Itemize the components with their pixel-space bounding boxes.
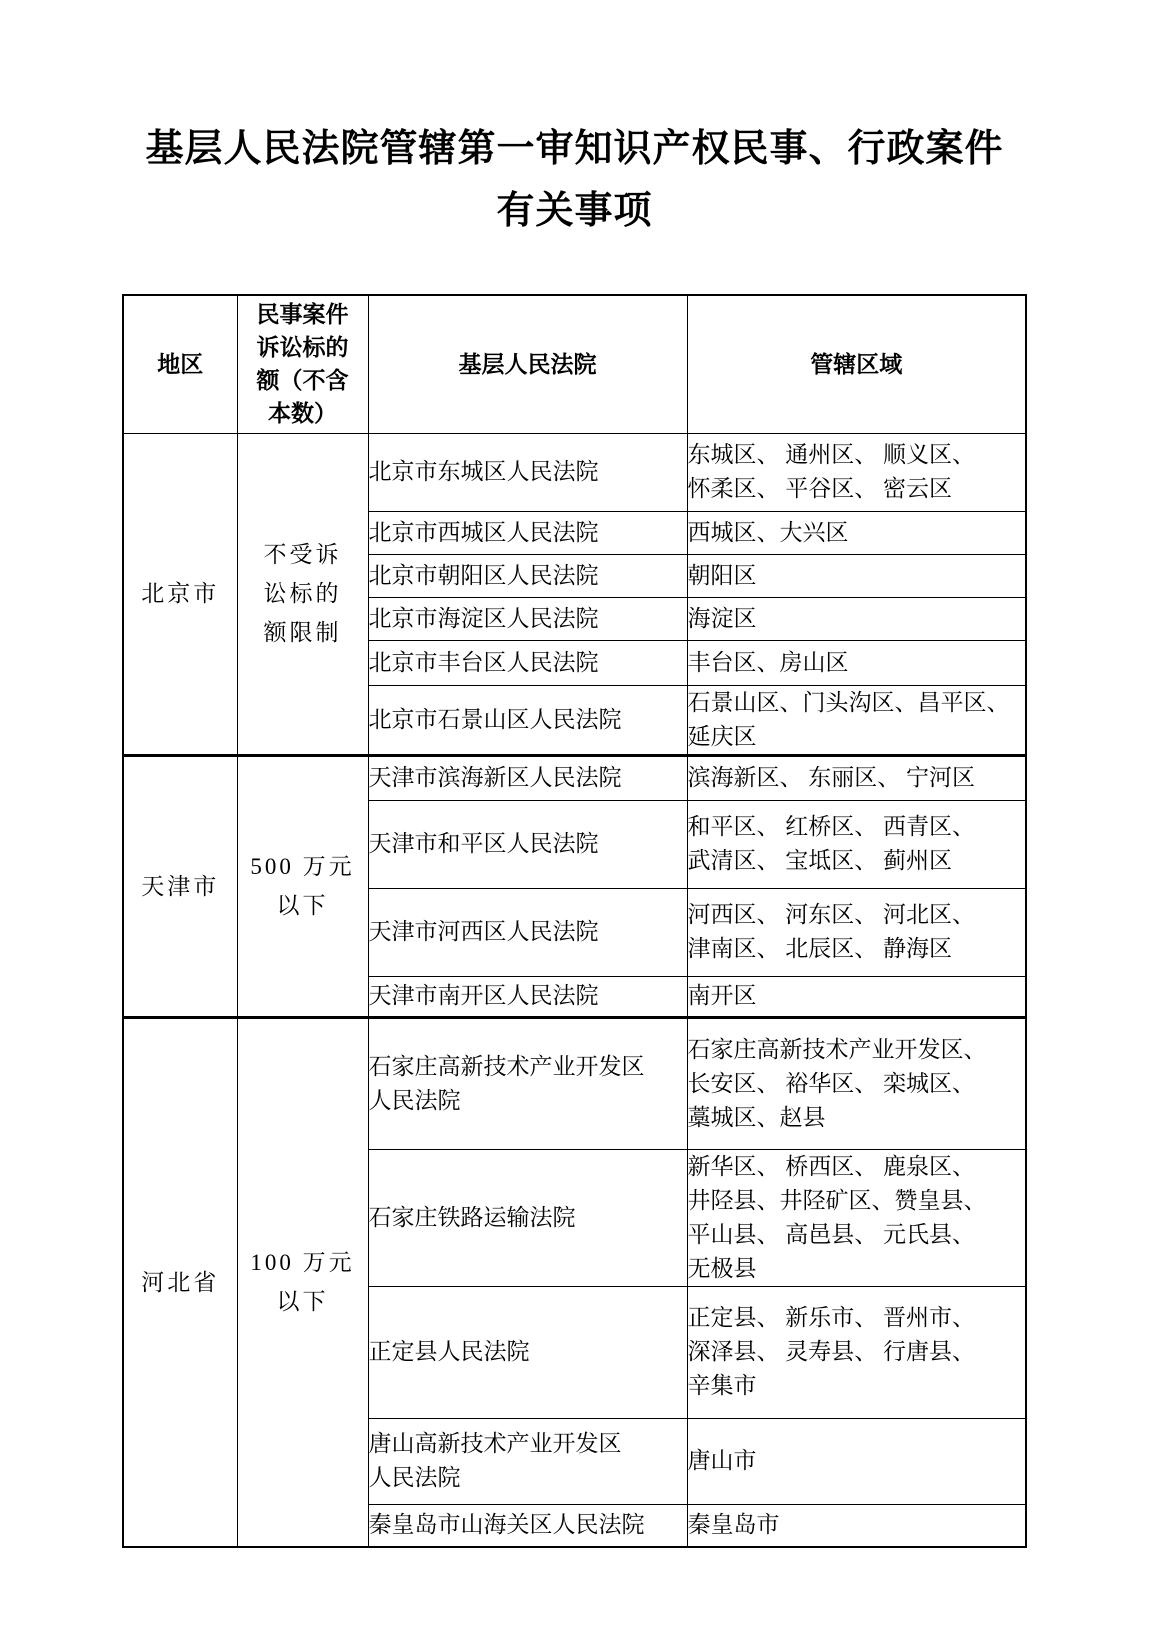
court-cell: 北京市西城区人民法院 bbox=[368, 511, 687, 554]
court-cell: 北京市石景山区人民法院 bbox=[368, 685, 687, 755]
amount-cell-tianjin: 500 万元 以下 bbox=[237, 755, 368, 1017]
document-title-line-2: 有关事项 bbox=[123, 180, 1026, 242]
court-cell: 天津市和平区人民法院 bbox=[368, 800, 687, 888]
page-root: { "colors": { "text": "#000000", "border… bbox=[0, 0, 1149, 1626]
header-region: 地区 bbox=[123, 295, 237, 433]
court-cell: 北京市东城区人民法院 bbox=[368, 433, 687, 511]
jurisdiction-table: 地区 民事案件 诉讼标的 额（不含 本数） 基层人民法院 管辖区域 北京市 不受… bbox=[122, 294, 1027, 1548]
jurisdiction-cell: 丰台区、房山区 bbox=[687, 640, 1026, 685]
table-row: 北京市 不受诉 讼标的 额限制 北京市东城区人民法院 东城区、 通州区、 顺义区… bbox=[123, 433, 1026, 511]
court-cell: 北京市丰台区人民法院 bbox=[368, 640, 687, 685]
court-cell: 天津市滨海新区人民法院 bbox=[368, 755, 687, 800]
table-row: 天津市 500 万元 以下 天津市滨海新区人民法院 滨海新区、 东丽区、 宁河区 bbox=[123, 755, 1026, 800]
jurisdiction-cell: 海淀区 bbox=[687, 597, 1026, 640]
jurisdiction-cell: 新华区、 桥西区、 鹿泉区、 井陉县、井陉矿区、赞皇县、 平山县、 高邑县、 元… bbox=[687, 1149, 1026, 1286]
jurisdiction-cell: 河西区、 河东区、 河北区、 津南区、 北辰区、 静海区 bbox=[687, 888, 1026, 976]
jurisdiction-cell: 西城区、大兴区 bbox=[687, 511, 1026, 554]
court-cell: 北京市朝阳区人民法院 bbox=[368, 554, 687, 597]
court-cell: 唐山高新技术产业开发区 人民法院 bbox=[368, 1418, 687, 1504]
court-cell: 北京市海淀区人民法院 bbox=[368, 597, 687, 640]
jurisdiction-cell: 东城区、 通州区、 顺义区、 怀柔区、 平谷区、 密云区 bbox=[687, 433, 1026, 511]
court-cell: 天津市河西区人民法院 bbox=[368, 888, 687, 976]
court-cell: 石家庄铁路运输法院 bbox=[368, 1149, 687, 1286]
jurisdiction-cell: 滨海新区、 东丽区、 宁河区 bbox=[687, 755, 1026, 800]
header-jurisdiction: 管辖区域 bbox=[687, 295, 1026, 433]
jurisdiction-cell: 唐山市 bbox=[687, 1418, 1026, 1504]
header-amount: 民事案件 诉讼标的 额（不含 本数） bbox=[237, 295, 368, 433]
table-row: 河北省 100 万元 以下 石家庄高新技术产业开发区 人民法院 石家庄高新技术产… bbox=[123, 1017, 1026, 1149]
jurisdiction-cell: 正定县、 新乐市、 晋州市、 深泽县、 灵寿县、 行唐县、 辛集市 bbox=[687, 1286, 1026, 1418]
jurisdiction-cell: 南开区 bbox=[687, 976, 1026, 1017]
table-header-row: 地区 民事案件 诉讼标的 额（不含 本数） 基层人民法院 管辖区域 bbox=[123, 295, 1026, 433]
jurisdiction-cell: 和平区、 红桥区、 西青区、 武清区、 宝坻区、 蓟州区 bbox=[687, 800, 1026, 888]
amount-cell-hebei: 100 万元 以下 bbox=[237, 1017, 368, 1547]
region-cell-hebei: 河北省 bbox=[123, 1017, 237, 1547]
court-cell: 正定县人民法院 bbox=[368, 1286, 687, 1418]
jurisdiction-cell: 石家庄高新技术产业开发区、 长安区、 裕华区、 栾城区、 藁城区、赵县 bbox=[687, 1017, 1026, 1149]
jurisdiction-cell: 秦皇岛市 bbox=[687, 1504, 1026, 1547]
region-cell-tianjin: 天津市 bbox=[123, 755, 237, 1017]
region-cell-beijing: 北京市 bbox=[123, 433, 237, 755]
court-cell: 石家庄高新技术产业开发区 人民法院 bbox=[368, 1017, 687, 1149]
jurisdiction-cell: 朝阳区 bbox=[687, 554, 1026, 597]
court-cell: 秦皇岛市山海关区人民法院 bbox=[368, 1504, 687, 1547]
header-court: 基层人民法院 bbox=[368, 295, 687, 433]
document-title-line-1: 基层人民法院管辖第一审知识产权民事、行政案件 bbox=[123, 118, 1026, 180]
jurisdiction-cell: 石景山区、门头沟区、昌平区、 延庆区 bbox=[687, 685, 1026, 755]
document-title: 基层人民法院管辖第一审知识产权民事、行政案件 有关事项 bbox=[123, 118, 1026, 242]
court-cell: 天津市南开区人民法院 bbox=[368, 976, 687, 1017]
amount-cell-beijing: 不受诉 讼标的 额限制 bbox=[237, 433, 368, 755]
